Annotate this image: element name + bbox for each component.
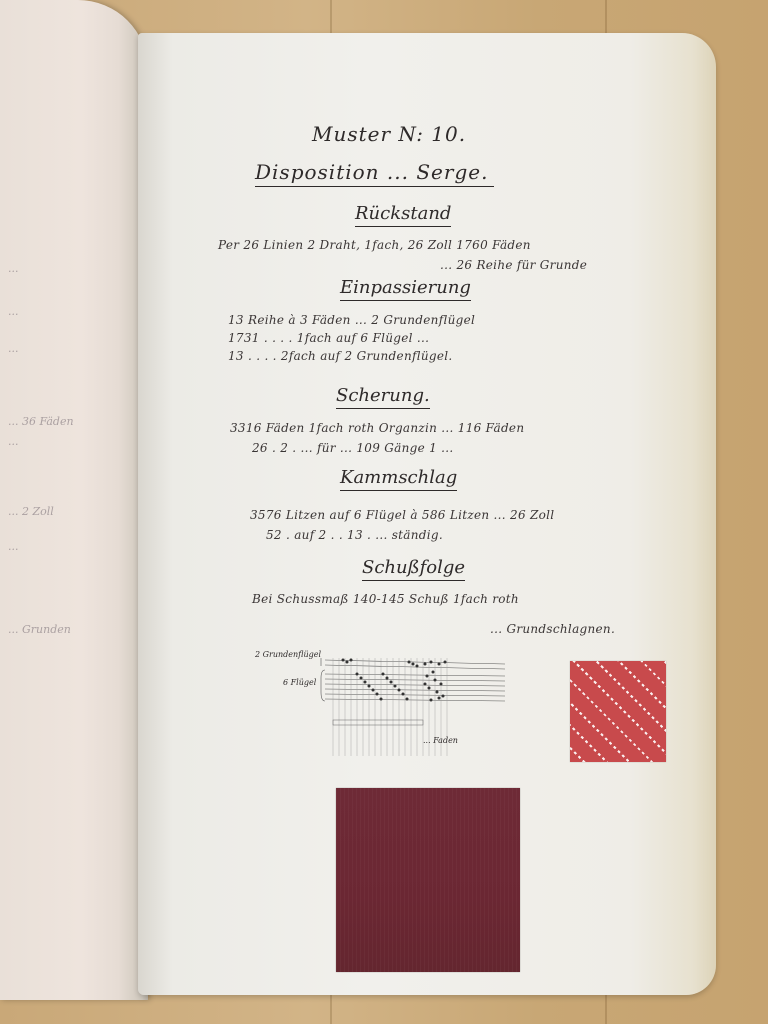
section-line: ... Grundschlagnen.: [490, 622, 615, 636]
section-heading-schussfolge: Schußfolge: [362, 557, 465, 581]
ghost-text: ...: [8, 342, 19, 355]
section-line: 3576 Litzen auf 6 Flügel à 586 Litzen ..…: [250, 508, 554, 522]
section-line: ... 26 Reihe für Grunde: [440, 258, 587, 272]
fabric-swatch-patterned: [570, 661, 666, 762]
section-line: 13 Reihe à 3 Fäden ... 2 Grundenflügel: [228, 313, 475, 327]
section-heading-rueckstand: Rückstand: [355, 203, 451, 227]
left-page-curled: ... ... ... ... 36 Fäden ... ... 2 Zoll …: [0, 0, 148, 1000]
weave-draft-diagram: 2 Grundenflügel 6 Flügel ... Faden: [255, 648, 505, 756]
section-line: Bei Schussmaß 140-145 Schuß 1fach roth: [252, 592, 519, 606]
section-line: 26 . 2 . ... für ... 109 Gänge 1 ...: [252, 441, 454, 455]
section-line: 13 . . . . 2fach auf 2 Grundenflügel.: [228, 349, 453, 363]
diagram-footer-label: ... Faden: [423, 736, 458, 745]
diagram-label-top: 2 Grundenflügel: [255, 650, 321, 659]
disposition-line: Disposition ... Serge.: [255, 160, 494, 187]
ghost-text: ... 2 Zoll: [8, 505, 54, 518]
diagram-label-bottom: 6 Flügel: [283, 678, 316, 687]
weave-draft-lines: [255, 648, 505, 756]
section-heading-einpassierung: Einpassierung: [340, 277, 471, 301]
section-line: Per 26 Linien 2 Draht, 1fach, 26 Zoll 17…: [218, 238, 531, 252]
section-heading-scherung: Scherung.: [336, 385, 430, 409]
ghost-text: ... Grunden: [8, 623, 71, 636]
section-line: 3316 Fäden 1fach roth Organzin ... 116 F…: [230, 421, 524, 435]
ghost-text: ...: [8, 305, 19, 318]
pattern-title: Muster N: 10.: [312, 122, 466, 146]
ghost-text: ... 36 Fäden: [8, 415, 74, 428]
section-heading-kammschlag: Kammschlag: [340, 467, 457, 491]
ghost-text: ...: [8, 435, 19, 448]
section-line: 1731 . . . . 1fach auf 6 Flügel ...: [228, 331, 429, 345]
ghost-text: ...: [8, 540, 19, 553]
ghost-text: ...: [8, 262, 19, 275]
section-line: 52 . auf 2 . . 13 . ... ständig.: [266, 528, 443, 542]
fabric-swatch-solid: [336, 788, 520, 972]
